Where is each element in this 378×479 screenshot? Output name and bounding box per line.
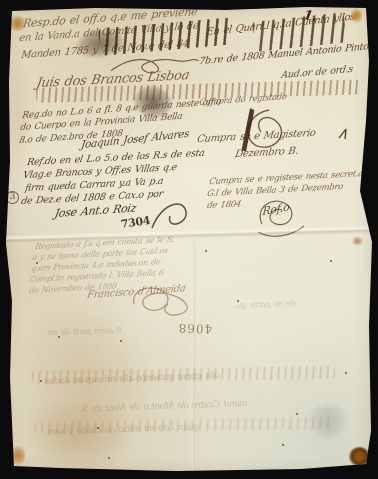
- paper-speck: [108, 457, 110, 459]
- stain-bottom-right: [349, 447, 370, 466]
- margin-number-circled: 3: [6, 191, 19, 204]
- showthrough-text-5: de mi parte qu.: [235, 299, 296, 310]
- page-number: 1.: [302, 8, 317, 25]
- paper-speck: [330, 260, 332, 262]
- fold-crease-vertical: [190, 238, 196, 470]
- paper-speck: [40, 380, 42, 382]
- paper-speck: [58, 336, 60, 338]
- paper-speck: [120, 340, 122, 342]
- photograph-background: { "scene": { "description": "Aged manusc…: [0, 0, 378, 479]
- paper-speck: [97, 427, 99, 429]
- handwriting-cumpra-line2: Dezembro B.: [234, 146, 299, 160]
- stain-grey-smudge: [308, 404, 348, 438]
- manuscript-sheet: il quim parti de mi alis appia quixente …: [0, 0, 378, 479]
- paper-speck: [205, 250, 207, 252]
- stain-top-right: [351, 8, 362, 23]
- stain-bottom-left: [11, 446, 25, 465]
- handwriting-right-order-line3: de 1804: [206, 199, 241, 211]
- paper-speck: [296, 413, 298, 415]
- docket-number-rotated: 4068: [177, 321, 212, 336]
- paper-speck: [36, 262, 38, 264]
- stain-right-edge: [351, 237, 364, 245]
- paper-speck: [282, 444, 284, 446]
- handwriting-top-right-line3: Aud.or de ord.s: [281, 64, 354, 81]
- stain-top-left: [9, 16, 26, 31]
- paper-speck: [345, 372, 347, 374]
- paper-speck: [237, 300, 239, 302]
- flourish-faint-signature: [128, 282, 204, 320]
- pen-check-mark: [337, 126, 351, 142]
